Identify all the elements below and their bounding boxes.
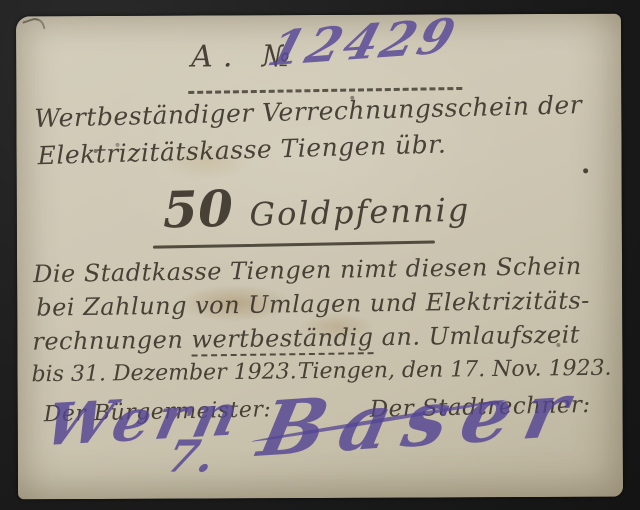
corner-pen-scribble — [22, 15, 45, 35]
denomination-underline — [153, 241, 435, 249]
serial-number: 12429 — [262, 8, 464, 77]
mayor-signature: Wern — [39, 380, 251, 459]
body-line-3-post: an. Umlaufszeit — [373, 320, 580, 351]
validity-date: bis 31. Dezember 1923. — [31, 359, 296, 387]
serial-underline — [188, 87, 462, 94]
body-line-2: bei Zahlung von Umlagen und Elektrizität… — [36, 286, 590, 321]
notgeld-document: A. № 12429 Wertbeständiger Verrechnungss… — [16, 14, 623, 500]
paper-specks — [16, 16, 18, 18]
body-line-3-pre: rechnungen — [32, 326, 191, 356]
denomination: 50 Goldpfennig — [162, 174, 471, 240]
body-line-3-underlined-word: wertbeständig — [191, 323, 373, 356]
denomination-unit: Goldpfennig — [249, 191, 471, 234]
denomination-amount: 50 — [162, 179, 234, 240]
heading-line-2: Elektrizitätskasse Tiengen übr. — [37, 129, 446, 170]
photo-background: A. № 12429 Wertbeständiger Verrechnungss… — [0, 0, 640, 510]
body-line-3: rechnungen wertbeständig an. Umlaufszeit — [32, 320, 580, 355]
heading-line-1: Wertbeständiger Verrechnungsschein der — [34, 90, 582, 133]
body-line-1: Die Stadtkasse Tiengen nimt diesen Schei… — [33, 252, 582, 288]
